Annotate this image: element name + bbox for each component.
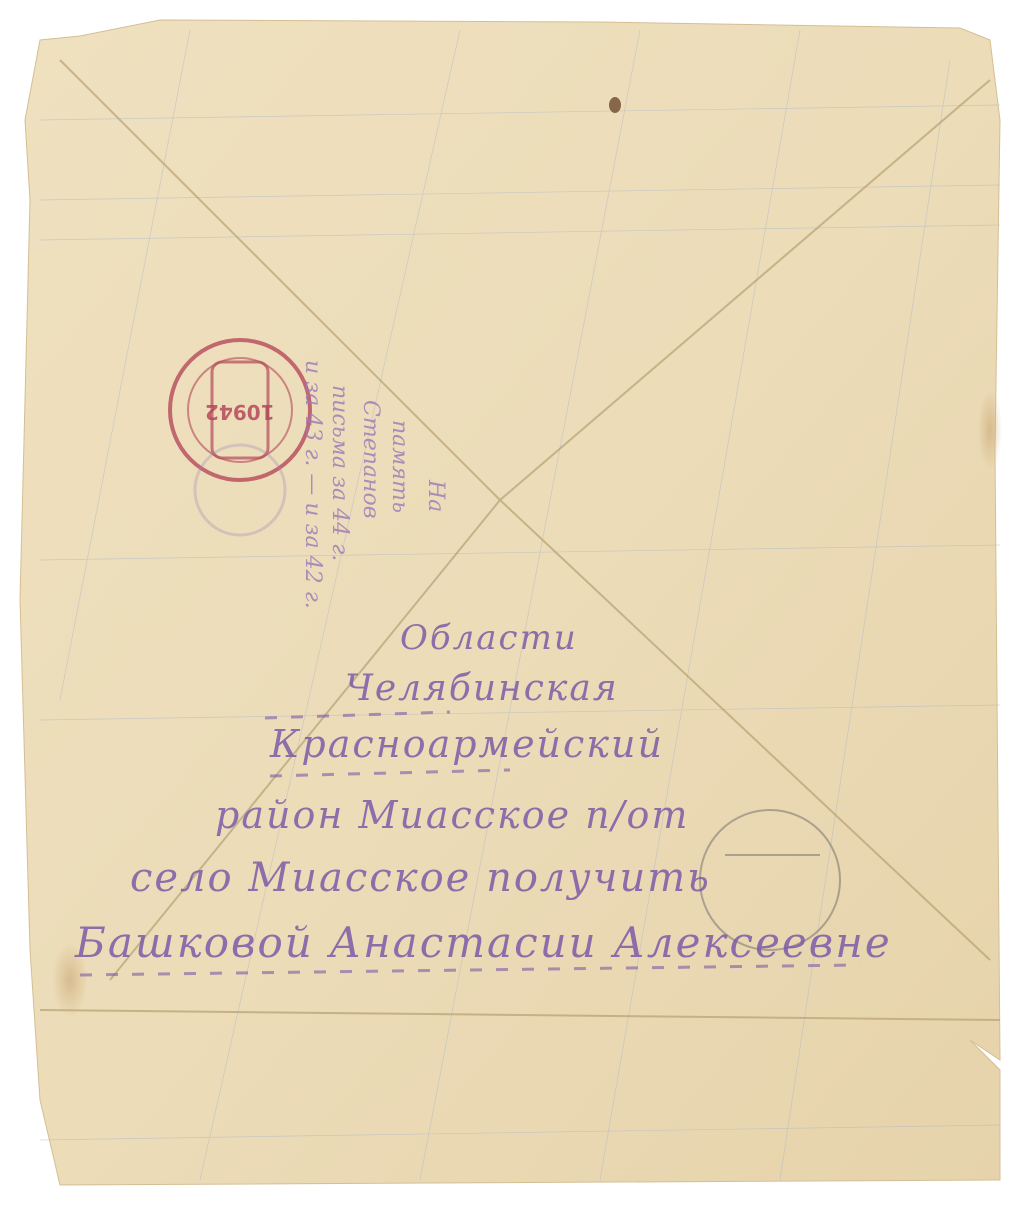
address-line: Красноармейский <box>270 722 664 766</box>
side-note-line: письма за 44 г. <box>327 385 352 561</box>
letter-photo: 10942 На память Степанов письма за 44 г.… <box>0 0 1022 1215</box>
address-line: Области <box>400 618 578 658</box>
side-note-line: память <box>387 420 412 513</box>
address-line: Челябинская <box>345 668 619 709</box>
address-line: район Миасское п/от <box>215 793 689 837</box>
paper-sheet <box>0 0 1022 1215</box>
address-line: село Миасское получить <box>130 855 711 901</box>
side-note-line: и за 43 г. — и за 42 г. <box>300 360 325 609</box>
side-note-line: Степанов <box>358 400 383 519</box>
stamp-number: 10942 <box>205 400 275 424</box>
side-note-line: На <box>423 480 448 512</box>
address-line: Башковой Анастасии Алексеевне <box>75 918 892 967</box>
